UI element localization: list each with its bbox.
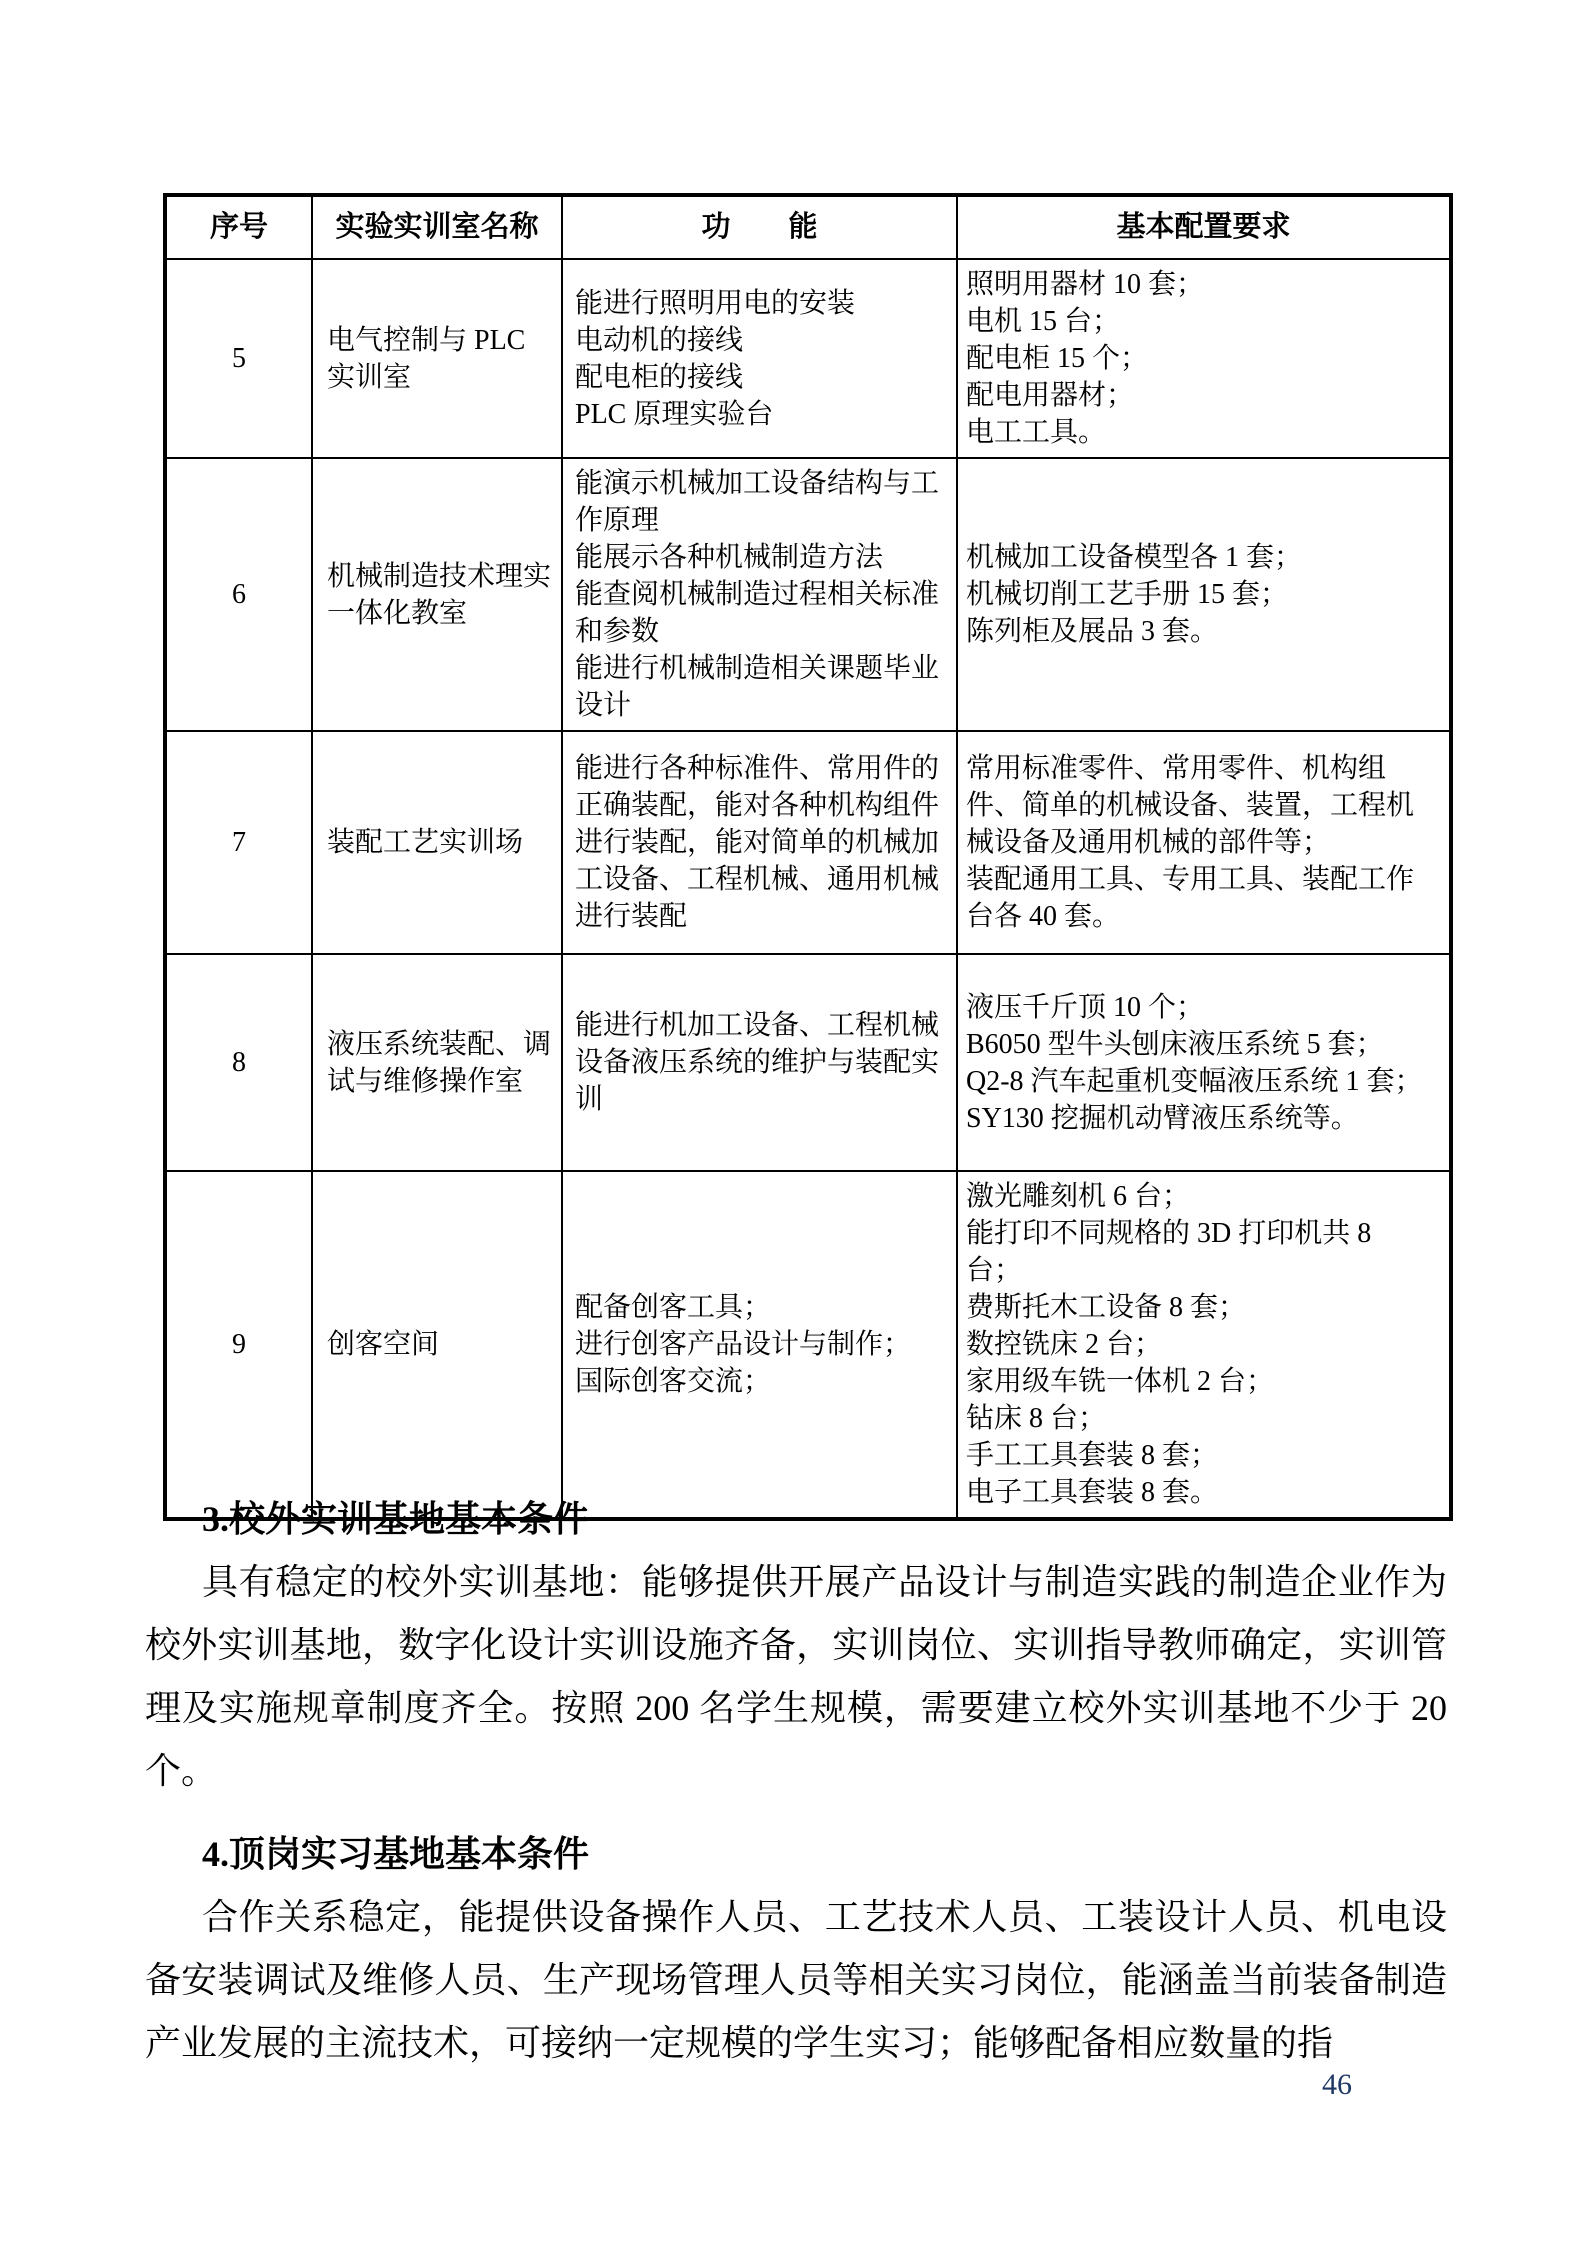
text-line: 家用级车铣一体机 2 台； — [966, 1363, 1423, 1400]
row-number: 6 — [165, 458, 312, 731]
lab-functions: 能进行照明用电的安装电动机的接线配电柜的接线PLC 原理实验台 — [562, 259, 957, 458]
text-line: 国际创客交流； — [575, 1363, 946, 1400]
document-page: { "colors": { "text": "#000000", "border… — [0, 0, 1587, 2245]
text-line: 装配通用工具、专用工具、装配工作台各 40 套。 — [966, 861, 1423, 935]
lab-name: 液压系统装配、调试与维修操作室 — [312, 954, 562, 1171]
text-line: 能进行机械制造相关课题毕业设计 — [575, 650, 946, 724]
table-row: 6 机械制造技术理实一体化教室 能演示机械加工设备结构与工作原理能展示各种机械制… — [165, 458, 1451, 731]
lab-config: 机械加工设备模型各 1 套；机械切削工艺手册 15 套；陈列柜及展品 3 套。 — [957, 458, 1451, 731]
lab-name: 创客空间 — [312, 1171, 562, 1519]
lab-functions: 能进行机加工设备、工程机械设备液压系统的维护与装配实训 — [562, 954, 957, 1171]
text-line: SY130 挖掘机动臂液压系统等。 — [966, 1100, 1423, 1137]
header-cell-no: 序号 — [165, 195, 312, 259]
header-cell-function: 功 能 — [562, 195, 957, 259]
text-line: 机械切削工艺手册 15 套； — [966, 576, 1423, 613]
text-line: 照明用器材 10 套； — [966, 266, 1423, 303]
lab-functions: 配备创客工具；进行创客产品设计与制作；国际创客交流； — [562, 1171, 957, 1519]
text-line: 费斯托木工设备 8 套； — [966, 1289, 1423, 1326]
lab-config: 激光雕刻机 6 台；能打印不同规格的 3D 打印机共 8 台；费斯托木工设备 8… — [957, 1171, 1451, 1519]
header-cell-config: 基本配置要求 — [957, 195, 1451, 259]
text-line: 配电用器材； — [966, 377, 1423, 414]
table-header-row: 序号 实验实训室名称 功 能 基本配置要求 — [165, 195, 1451, 259]
row-number: 9 — [165, 1171, 312, 1519]
page-number: 46 — [1322, 2068, 1352, 2102]
text-line: 液压千斤顶 10 个； — [966, 989, 1423, 1026]
text-line: 能进行照明用电的安装 — [575, 285, 946, 322]
lab-config: 液压千斤顶 10 个；B6050 型牛头刨床液压系统 5 套；Q2-8 汽车起重… — [957, 954, 1451, 1171]
text-line: 电机 15 台； — [966, 303, 1423, 340]
text-line: 配电柜 15 个； — [966, 340, 1423, 377]
text-line: 常用标准零件、常用零件、机构组件、简单的机械设备、装置，工程机械设备及通用机械的… — [966, 750, 1423, 861]
section-3-paragraph: 具有稳定的校外实训基地：能够提供开展产品设计与制造实践的制造企业作为校外实训基地… — [145, 1551, 1447, 1803]
text-line: 电动机的接线 — [575, 322, 946, 359]
text-line: 能演示机械加工设备结构与工作原理 — [575, 465, 946, 539]
text-line: 进行创客产品设计与制作； — [575, 1326, 946, 1363]
text-line: 钻床 8 台； — [966, 1400, 1423, 1437]
text-line: 能展示各种机械制造方法 — [575, 539, 946, 576]
row-number: 5 — [165, 259, 312, 458]
text-line: 配电柜的接线 — [575, 359, 946, 396]
row-number: 7 — [165, 731, 312, 954]
section-4-heading: 4.顶岗实习基地基本条件 — [145, 1823, 1447, 1886]
table-row: 5 电气控制与 PLC 实训室 能进行照明用电的安装电动机的接线配电柜的接线PL… — [165, 259, 1451, 458]
text-line: 电工工具。 — [966, 414, 1423, 451]
body-text: 3.校外实训基地基本条件 具有稳定的校外实训基地：能够提供开展产品设计与制造实践… — [145, 1488, 1447, 2075]
lab-config: 照明用器材 10 套；电机 15 台；配电柜 15 个；配电用器材；电工工具。 — [957, 259, 1451, 458]
text-line: 配备创客工具； — [575, 1289, 946, 1326]
text-line: B6050 型牛头刨床液压系统 5 套； — [966, 1026, 1423, 1063]
text-line: 陈列柜及展品 3 套。 — [966, 613, 1423, 650]
lab-name: 机械制造技术理实一体化教室 — [312, 458, 562, 731]
text-line: 能进行机加工设备、工程机械设备液压系统的维护与装配实训 — [575, 1007, 946, 1118]
header-cell-name: 实验实训室名称 — [312, 195, 562, 259]
table-row: 9 创客空间 配备创客工具；进行创客产品设计与制作；国际创客交流； 激光雕刻机 … — [165, 1171, 1451, 1519]
text-line: 能进行各种标准件、常用件的正确装配，能对各种机构组件进行装配，能对简单的机械加工… — [575, 750, 946, 935]
text-line: 数控铣床 2 台； — [966, 1326, 1423, 1363]
lab-name: 电气控制与 PLC 实训室 — [312, 259, 562, 458]
text-line: 手工工具套装 8 套； — [966, 1437, 1423, 1474]
section-4-paragraph: 合作关系稳定，能提供设备操作人员、工艺技术人员、工装设计人员、机电设备安装调试及… — [145, 1886, 1447, 2075]
section-3-heading: 3.校外实训基地基本条件 — [145, 1488, 1447, 1551]
lab-functions: 能进行各种标准件、常用件的正确装配，能对各种机构组件进行装配，能对简单的机械加工… — [562, 731, 957, 954]
lab-config: 常用标准零件、常用零件、机构组件、简单的机械设备、装置，工程机械设备及通用机械的… — [957, 731, 1451, 954]
lab-functions: 能演示机械加工设备结构与工作原理能展示各种机械制造方法能查阅机械制造过程相关标准… — [562, 458, 957, 731]
table-row: 7 装配工艺实训场 能进行各种标准件、常用件的正确装配，能对各种机构组件进行装配… — [165, 731, 1451, 954]
text-line: 能打印不同规格的 3D 打印机共 8 台； — [966, 1215, 1423, 1289]
text-line: 激光雕刻机 6 台； — [966, 1178, 1423, 1215]
table-row: 8 液压系统装配、调试与维修操作室 能进行机加工设备、工程机械设备液压系统的维护… — [165, 954, 1451, 1171]
lab-name: 装配工艺实训场 — [312, 731, 562, 954]
text-line: 机械加工设备模型各 1 套； — [966, 539, 1423, 576]
facility-table: 序号 实验实训室名称 功 能 基本配置要求 5 电气控制与 PLC 实训室 能进… — [163, 193, 1453, 1521]
text-line: PLC 原理实验台 — [575, 396, 946, 433]
text-line: Q2-8 汽车起重机变幅液压系统 1 套； — [966, 1063, 1423, 1100]
text-line: 能查阅机械制造过程相关标准和参数 — [575, 576, 946, 650]
row-number: 8 — [165, 954, 312, 1171]
